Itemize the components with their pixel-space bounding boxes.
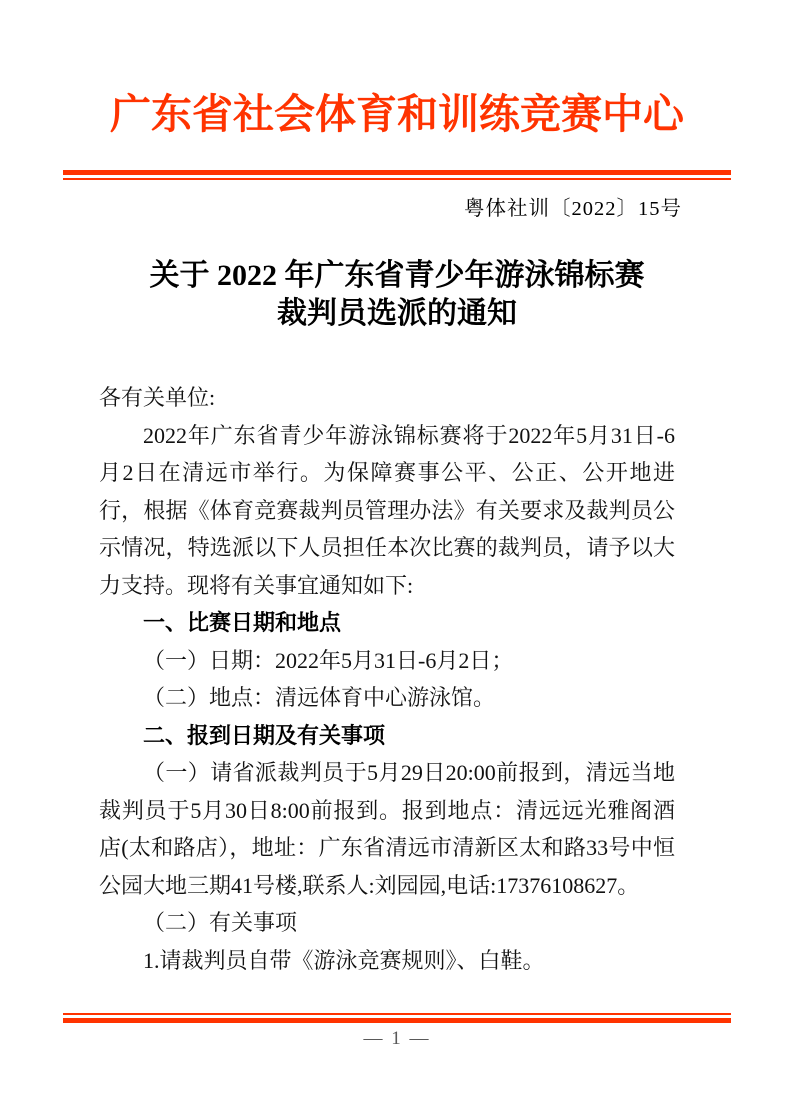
paragraph-intro: 2022年广东省青少年游泳锦标赛将于2022年5月31日-6月2日在清远市举行。… <box>99 417 675 605</box>
document-number: 粤体社训〔2022〕15号 <box>464 194 682 224</box>
item-date: （一）日期：2022年5月31日-6月2日； <box>99 642 675 680</box>
document-title-line2: 裁判员选派的通知 <box>0 295 794 333</box>
page-number: — 1 — <box>0 1027 794 1051</box>
letterhead-double-rule <box>63 170 731 180</box>
section-heading-1: 一、比赛日期和地点 <box>99 604 675 642</box>
item-venue: （二）地点：清远体育中心游泳馆。 <box>99 679 675 717</box>
salutation: 各有关单位: <box>99 379 675 417</box>
item-related-matters: （二）有关事项 <box>99 904 675 942</box>
document-page: 广东省社会体育和训练竞赛中心 粤体社训〔2022〕15号 关于 2022 年广东… <box>0 0 794 1108</box>
document-title: 关于 2022 年广东省青少年游泳锦标赛 裁判员选派的通知 <box>0 257 794 333</box>
item-bring-rules: 1.请裁判员自带《游泳竞赛规则》、白鞋。 <box>99 942 675 980</box>
footer-double-rule <box>63 1013 731 1023</box>
item-registration: （一）请省派裁判员于5月29日20:00前报到，清远当地裁判员于5月30日8:0… <box>99 754 675 904</box>
section-heading-2: 二、报到日期及有关事项 <box>99 717 675 755</box>
document-title-line1: 关于 2022 年广东省青少年游泳锦标赛 <box>0 257 794 295</box>
document-body: 各有关单位: 2022年广东省青少年游泳锦标赛将于2022年5月31日-6月2日… <box>99 379 675 979</box>
letterhead-org-name: 广东省社会体育和训练竞赛中心 <box>0 82 794 146</box>
